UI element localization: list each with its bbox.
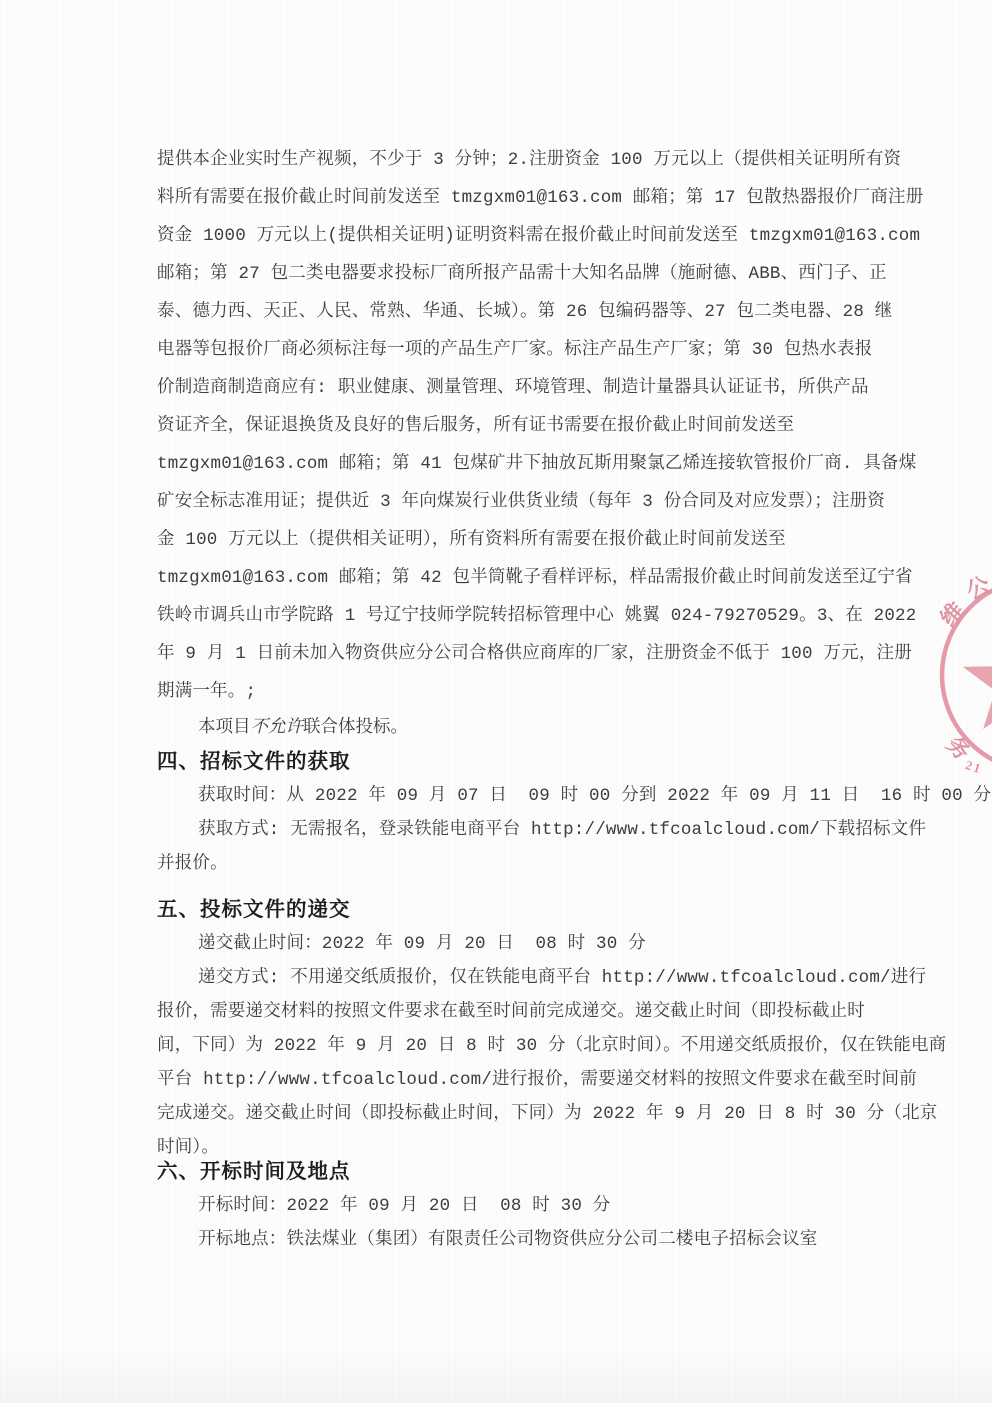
opening-time-line: 开标时间：2022 年 09 月 20 日 08 时 30 分 bbox=[157, 1189, 864, 1223]
body-line: 资证齐全，保证退换货及良好的售后服务，所有证书需要在报价截止时间前发送至 bbox=[157, 407, 864, 445]
submit-method-line: 递交方式: 不用递交纸质报价，仅在铁能电商平台 http://www.tfcoa… bbox=[157, 961, 864, 995]
section-submit-documents: 五、投标文件的递交 递交截止时间：2022 年 09 月 20 日 08 时 3… bbox=[157, 893, 864, 1165]
body-line: 电器等包报价厂商必须标注每一项的产品生产厂家。标注产品生产厂家；第 30 包热水… bbox=[157, 331, 864, 369]
body-line: tmzgxm01@163.com 邮箱；第 42 包半筒靴子看样评标，样品需报价… bbox=[157, 559, 864, 597]
body-line: 矿安全标志准用证；提供近 3 年向煤炭行业供货业绩（每年 3 份合同及对应发票）… bbox=[157, 483, 864, 521]
document-content: 提供本企业实时生产视频，不少于 3 分钟；2.注册资金 100 万元以上（提供相… bbox=[157, 141, 864, 1257]
body-line: 价制造商制造商应有: 职业健康、测量管理、环境管理、制造计量器具认证证书，所供产… bbox=[157, 369, 864, 407]
stamp-star-icon bbox=[963, 628, 992, 729]
stamp-ring-char-2: 公 bbox=[963, 572, 992, 605]
stamp-ring-char-1: 维 bbox=[935, 597, 970, 631]
body-line: 期满一年。; bbox=[157, 673, 864, 711]
body-line: 年 9 月 1 日前未加入物资供应分公司合格供应商库的厂家，注册资金不低于 10… bbox=[157, 635, 864, 673]
section-5-heading: 五、投标文件的递交 bbox=[157, 893, 864, 927]
obtain-method-line-2: 并报价。 bbox=[157, 847, 864, 881]
submit-method-line-5: 完成递交。递交截止时间（即投标截止时间，下同）为 2022 年 9 月 20 日… bbox=[157, 1097, 864, 1131]
submit-deadline-line: 递交截止时间：2022 年 09 月 20 日 08 时 30 分 bbox=[157, 927, 864, 961]
section-6-heading: 六、开标时间及地点 bbox=[157, 1155, 864, 1189]
note-prefix: 本项目 bbox=[198, 718, 251, 738]
document-page: 提供本企业实时生产视频，不少于 3 分钟；2.注册资金 100 万元以上（提供相… bbox=[0, 0, 992, 1403]
intro-paragraph: 提供本企业实时生产视频，不少于 3 分钟；2.注册资金 100 万元以上（提供相… bbox=[157, 141, 864, 711]
submit-method-line-2: 报价，需要递交材料的按照文件要求在截至时间前完成递交。递交截止时间（即投标截止时 bbox=[157, 995, 864, 1029]
body-line: 资金 1000 万元以上(提供相关证明)证明资料需在报价截止时间前发送至 tmz… bbox=[157, 217, 864, 255]
note-suffix: 联合体投标。 bbox=[303, 718, 408, 738]
section-obtain-documents: 四、招标文件的获取 获取时间：从 2022 年 09 月 07 日 09 时 0… bbox=[157, 745, 864, 881]
obtain-method-line: 获取方式: 无需报名，登录铁能电商平台 http://www.tfcoalclo… bbox=[157, 813, 864, 847]
obtain-time-line: 获取时间：从 2022 年 09 月 07 日 09 时 00 分到 2022 … bbox=[157, 779, 864, 813]
body-line: 料所有需要在报价截止时间前发送至 tmzgxm01@163.com 邮箱；第 1… bbox=[157, 179, 864, 217]
body-line: 泰、德力西、天正、人民、常熟、华通、长城）。第 26 包编码器等、27 包二类电… bbox=[157, 293, 864, 331]
section-bid-opening: 六、开标时间及地点 开标时间：2022 年 09 月 20 日 08 时 30 … bbox=[157, 1155, 864, 1257]
submit-method-line-4: 平台 http://www.tfcoalcloud.com/进行报价，需要递交材… bbox=[157, 1063, 864, 1097]
note-emphasis: 不允许 bbox=[251, 718, 304, 738]
body-line: 邮箱；第 27 包二类电器要求投标厂商所报产品需十大知名品牌（施耐德、ABB、西… bbox=[157, 255, 864, 293]
submit-method-line-3: 间，下同）为 2022 年 9 月 20 日 8 时 30 分（北京时间）。不用… bbox=[157, 1029, 864, 1063]
joint-venture-note: 本项目不允许联合体投标。 bbox=[157, 711, 864, 745]
stamp-serial: 21 bbox=[964, 757, 985, 777]
body-line: 铁岭市调兵山市学院路 1 号辽宁技师学院转招标管理中心 姚翼 024-79270… bbox=[157, 597, 864, 635]
opening-place-line: 开标地点：铁法煤业（集团）有限责任公司物资供应分公司二楼电子招标会议室 bbox=[157, 1223, 864, 1257]
body-line: 金 100 万元以上（提供相关证明），所有资料所有需要在报价截止时间前发送至 bbox=[157, 521, 864, 559]
body-line: 提供本企业实时生产视频，不少于 3 分钟；2.注册资金 100 万元以上（提供相… bbox=[157, 141, 864, 179]
section-4-heading: 四、招标文件的获取 bbox=[157, 745, 864, 779]
body-line: tmzgxm01@163.com 邮箱；第 41 包煤矿井下抽放瓦斯用聚氯乙烯连… bbox=[157, 445, 864, 483]
red-seal-stamp: 维 公 务 21 bbox=[920, 562, 992, 804]
